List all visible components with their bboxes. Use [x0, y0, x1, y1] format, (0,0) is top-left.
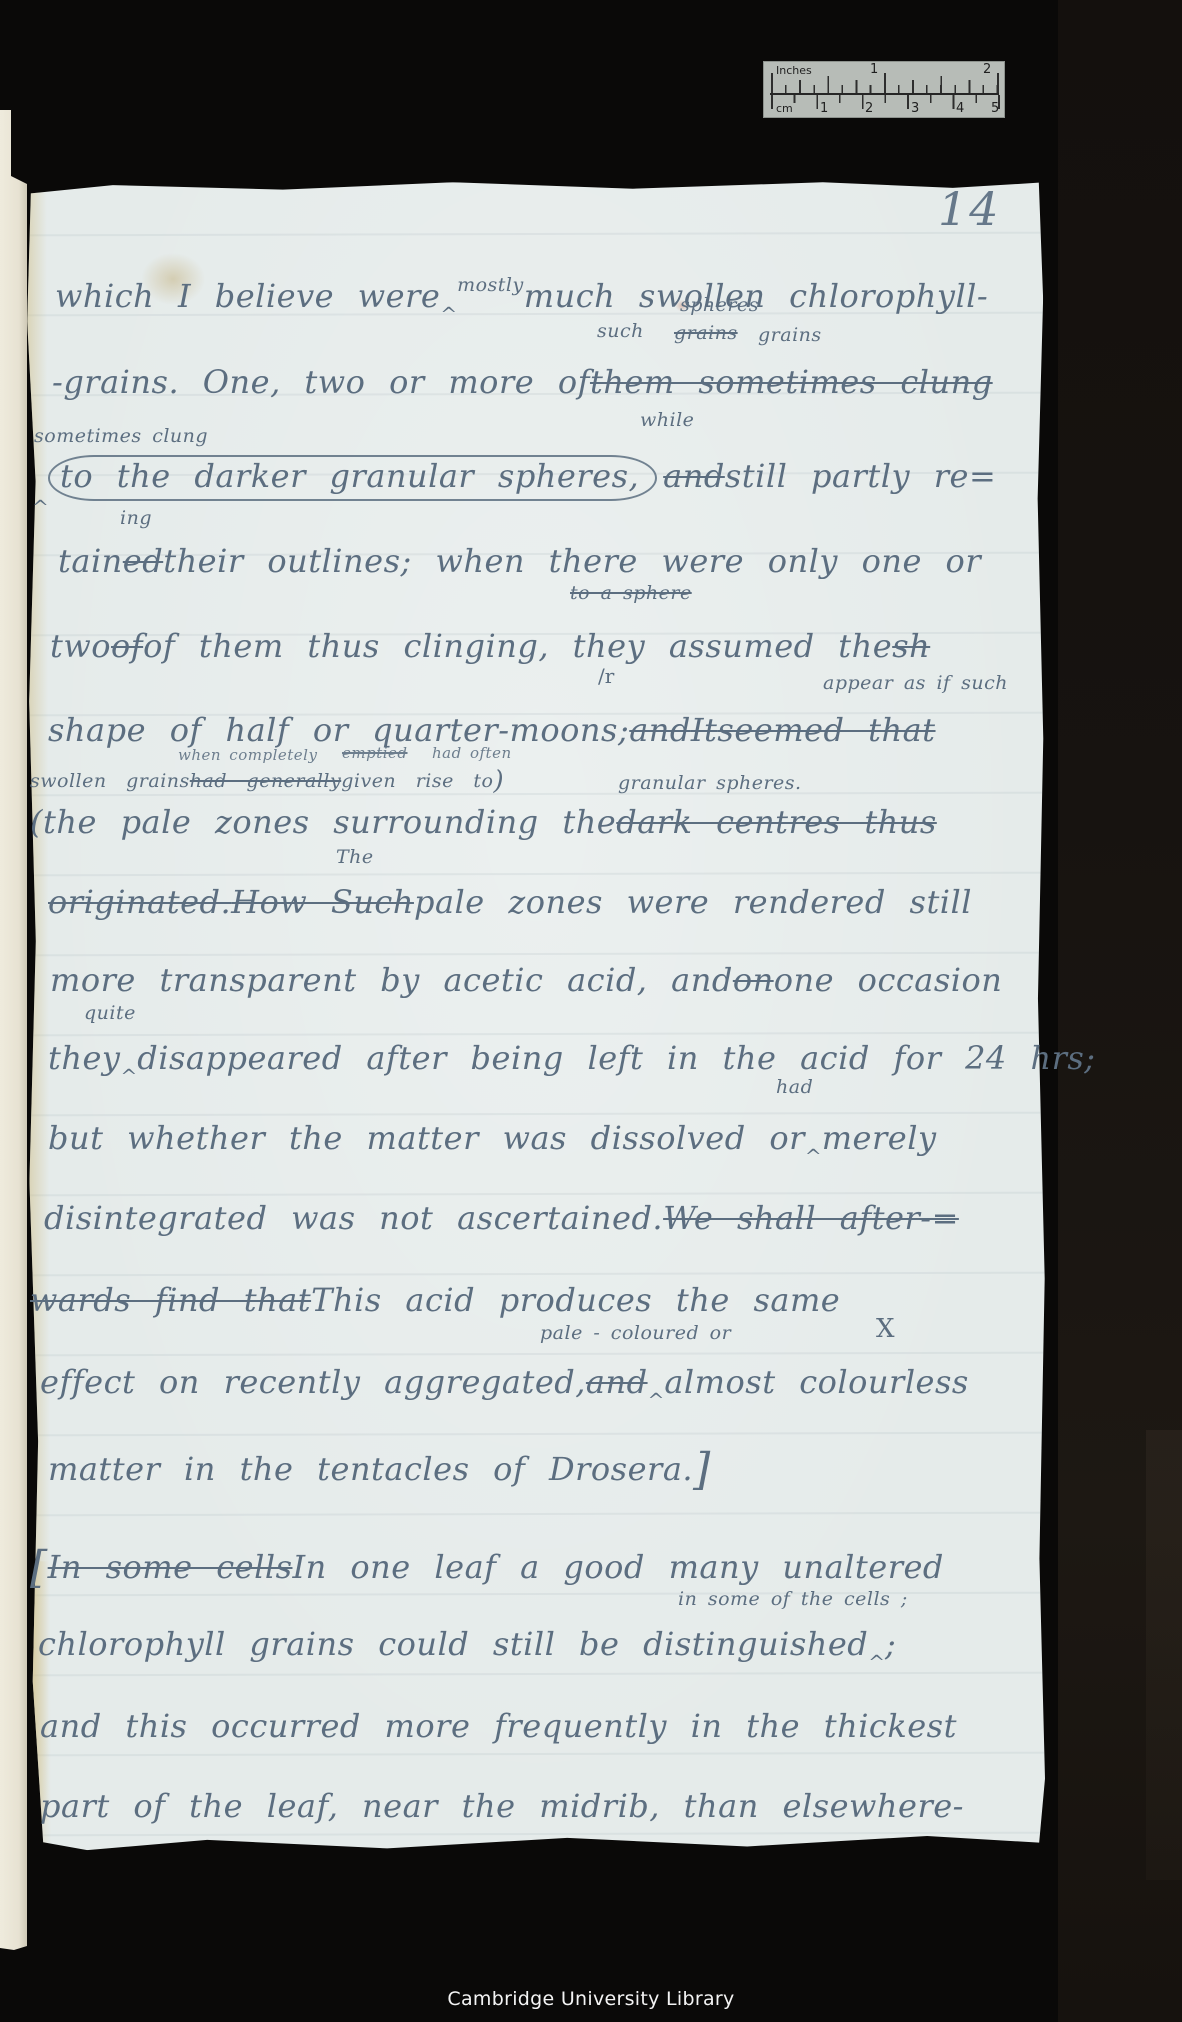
underlying-page-edge: [0, 110, 27, 1950]
ruler-cm-number: 5: [991, 101, 999, 116]
ruler-tick-scale-cm: [771, 95, 1000, 110]
ruler-unit-cm-label: cm: [776, 102, 793, 115]
paper-stain: [675, 300, 689, 312]
ruler: Inches cm 1 2 1 2 3 4 5: [763, 61, 1005, 118]
ruler-inch-number: 2: [983, 62, 991, 77]
ruler-cm-number: 3: [911, 101, 919, 116]
ruler-cm-number: 4: [956, 101, 964, 116]
backdrop-right-highlight: [1146, 1430, 1182, 1880]
library-caption: Cambridge University Library: [0, 1988, 1182, 2010]
paper-stain: [30, 1561, 49, 1821]
paper-stain: [141, 253, 205, 305]
ruler-cm-number: 1: [820, 101, 828, 116]
ruler-unit-inches-label: Inches: [776, 64, 812, 77]
ruler-cm-number: 2: [865, 101, 873, 116]
manuscript-page: [23, 179, 1050, 1854]
ruler-inch-number: 1: [870, 62, 878, 77]
